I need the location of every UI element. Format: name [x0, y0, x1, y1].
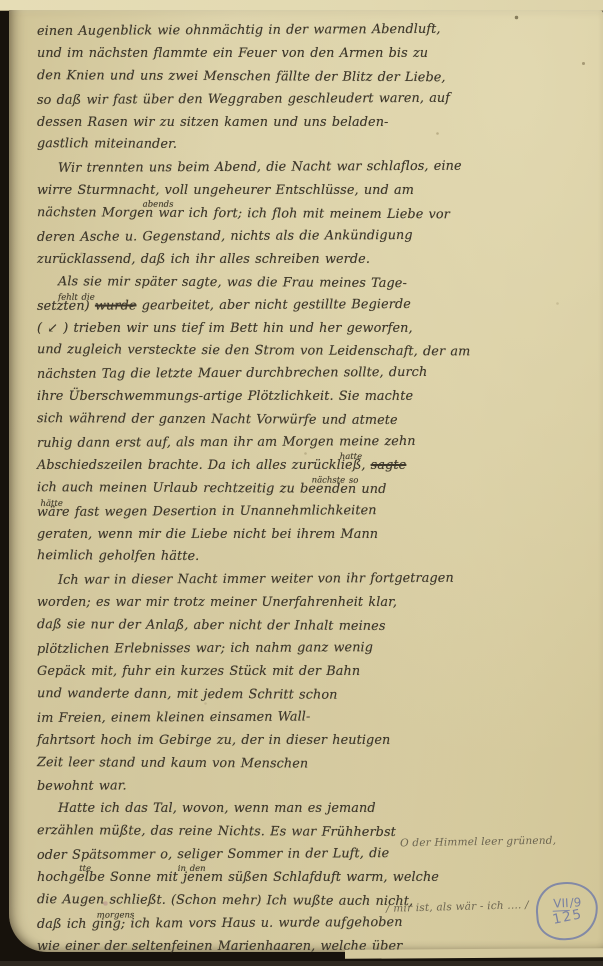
stamp-page-number: 125 — [551, 907, 584, 928]
manuscript-line: daß sie nur der Anlaß, aber nicht der In… — [37, 617, 389, 642]
struck-word: wurde — [95, 298, 137, 313]
manuscript-line: erzählen müßte, das reine Nichts. Es war… — [37, 823, 389, 848]
manuscript-line: heimlich geholfen hätte. — [37, 549, 389, 574]
manuscript-line: bewohnt war. — [37, 777, 389, 802]
manuscript-line: wirre Sturmnacht, voll ungeheurer Entsch… — [37, 183, 389, 206]
inserted-word: tte — [79, 865, 91, 874]
manuscript-line: worden; es war mir trotz meiner Unerfahr… — [37, 595, 389, 618]
manuscript-line: daß ich ging; ich kam vors Haus u. wurde… — [37, 915, 389, 940]
manuscript-line: deren Asche u. Gegenstand, nichts als di… — [37, 228, 389, 253]
manuscript-line: ruhig dann erst auf, als man ihr am Morg… — [37, 434, 389, 459]
manuscript-line: Gepäck mit, fuhr ein kurzes Stück mit de… — [37, 664, 389, 687]
manuscript-line: Ich war in dieser Nacht immer weiter von… — [37, 571, 389, 596]
manuscript-line: Hatte ich das Tal, wovon, wenn man es je… — [37, 801, 389, 824]
manuscript-line: Wir trennten uns beim Abend, die Nacht w… — [37, 159, 389, 184]
manuscript-line: ( ↙ ) trieben wir uns tief im Bett hin u… — [37, 321, 389, 344]
scan-bottom-edge — [0, 961, 603, 966]
manuscript-line: fahrtsort hoch im Gebirge zu, der in die… — [37, 733, 389, 756]
inserted-word: hätte — [40, 499, 62, 508]
struck-word: sagte — [371, 458, 407, 473]
inserted-word: abends — [143, 201, 174, 210]
manuscript-line: die Augen schließt. (Schon mehr) Ich wuß… — [37, 892, 389, 917]
inserted-word: hatte — [340, 453, 362, 462]
manuscript-line: einen Augenblick wie ohnmächtig in der w… — [37, 22, 389, 47]
manuscript-line: plötzlichen Erlebnisses war; ich nahm ga… — [37, 640, 389, 665]
manuscript-line: wäre fast wegen Desertion in Unannehmlic… — [37, 503, 389, 528]
margin-note-verse: O der Himmel leer grünend, — [400, 835, 556, 850]
manuscript-line: zurücklassend, daß ich ihr alles schreib… — [37, 252, 389, 275]
inserted-word: fehlt die — [58, 293, 95, 302]
manuscript-line: setzten) wurde gearbeitet, aber nicht ge… — [37, 297, 389, 322]
inserted-word: morgens — [97, 911, 135, 920]
manuscript-line: wie einer der seltenfeinen Marienhaaren,… — [37, 939, 389, 962]
inserted-word: in den — [178, 865, 206, 874]
margin-note-fragment: / mir ist, als wär - ich .... / — [386, 899, 529, 915]
lower-page-edge — [345, 948, 603, 959]
paper-specks — [9, 10, 10, 11]
manuscript-page: einen Augenblick wie ohnmächtig in der w… — [9, 10, 603, 952]
manuscript-line: ich auch meinen Urlaub rechtzeitig zu be… — [37, 480, 389, 505]
inserted-word: nächste so — [312, 476, 359, 485]
manuscript-line: den Knien und uns zwei Menschen fällte d… — [37, 68, 389, 93]
manuscript-line: im Freien, einem kleinen einsamen Wall- — [37, 709, 389, 734]
manuscript-line: nächsten Morgen war ich fort; ich floh m… — [37, 205, 389, 230]
manuscript-line: Zeit leer stand und kaum von Menschen — [37, 755, 389, 780]
manuscript-line: geraten, wenn mir die Liebe nicht bei ih… — [37, 527, 389, 550]
manuscript-line: hochgelbe Sonne mit jenem süßen Schlafdu… — [37, 870, 389, 893]
archive-stamp: VII/9 125 — [534, 879, 601, 942]
manuscript-line: gastlich miteinander. — [37, 137, 389, 162]
manuscript-line: dessen Rasen wir zu sitzen kamen und uns… — [37, 115, 389, 138]
manuscript-line: nächsten Tag die letzte Mauer durchbrech… — [37, 365, 389, 390]
manuscript-line: so daß wir fast über den Weggraben gesch… — [37, 91, 389, 116]
manuscript-line: sich während der ganzen Nacht Vorwürfe u… — [37, 411, 389, 436]
manuscript-line: ihre Überschwemmungs-artige Plötzlichkei… — [37, 389, 389, 412]
manuscript-text: einen Augenblick wie ohnmächtig in der w… — [37, 23, 389, 962]
manuscript-line: und zugleich versteckte sie den Strom vo… — [37, 343, 389, 368]
manuscript-line: und im nächsten flammte ein Feuer von de… — [37, 46, 389, 69]
manuscript-line: und wanderte dann, mit jedem Schritt sch… — [37, 686, 389, 711]
